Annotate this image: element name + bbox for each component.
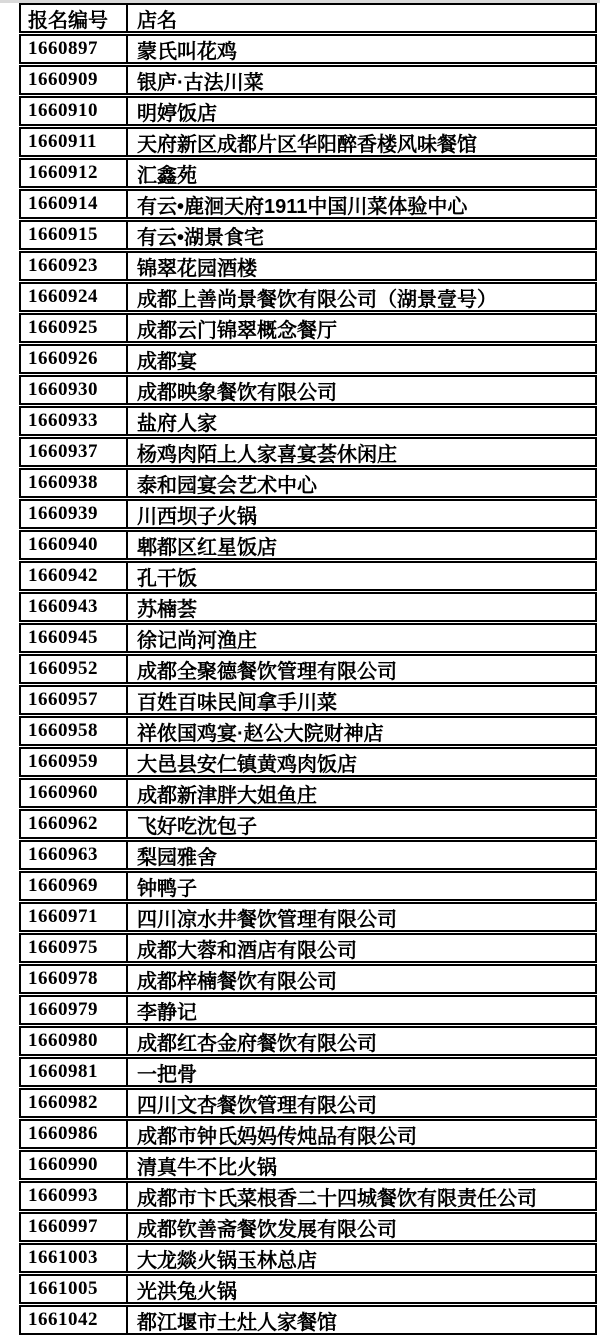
store-name-cell: 成都映象餐饮有限公司 (128, 377, 595, 403)
table-row: 1660959 大邑县安仁镇黄鸡肉饭店 (19, 747, 597, 777)
store-name-cell: 成都梓楠餐饮有限公司 (128, 966, 595, 992)
registration-id-cell: 1660982 (21, 1090, 128, 1116)
store-name-cell: 天府新区成都片区华阳醉香楼风味餐馆 (128, 129, 595, 155)
table-row: 1660986 成都市钟氏妈妈传炖品有限公司 (19, 1119, 597, 1149)
registration-id-cell: 1660911 (21, 129, 128, 155)
table-row: 1660933 盐府人家 (19, 406, 597, 436)
table-header-row: 报名编号 店名 (19, 3, 597, 33)
store-name-cell: 成都红杏金府餐饮有限公司 (128, 1028, 595, 1054)
store-name-cell: 成都全聚德餐饮管理有限公司 (128, 656, 595, 682)
table-row: 1660990 清真牛不比火锅 (19, 1150, 597, 1180)
registration-id-cell: 1660971 (21, 904, 128, 930)
store-name-cell: 成都市卞氏菜根香二十四城餐饮有限责任公司 (128, 1183, 595, 1209)
registration-id-cell: 1661042 (21, 1307, 128, 1333)
table-row: 1660925 成都云门锦翠概念餐厅 (19, 313, 597, 343)
table-row: 1660909 银庐·古法川菜 (19, 65, 597, 95)
registration-id-cell: 1660938 (21, 470, 128, 496)
registration-id-cell: 1660963 (21, 842, 128, 868)
table-row: 1660978 成都梓楠餐饮有限公司 (19, 964, 597, 994)
store-name-cell: 苏楠荟 (128, 594, 595, 620)
store-name-cell: 蒙氏叫花鸡 (128, 36, 595, 62)
table-row: 1661003 大龙燚火锅玉林总店 (19, 1243, 597, 1273)
table-row: 1660971 四川凉水井餐饮管理有限公司 (19, 902, 597, 932)
store-name-cell: 盐府人家 (128, 408, 595, 434)
registration-id-cell: 1660990 (21, 1152, 128, 1178)
table-row: 1660897 蒙氏叫花鸡 (19, 34, 597, 64)
table-row: 1660945 徐记尚河渔庄 (19, 623, 597, 653)
registration-id-cell: 1660986 (21, 1121, 128, 1147)
registration-id-cell: 1660910 (21, 98, 128, 124)
header-registration-id: 报名编号 (21, 5, 128, 31)
table-row: 1660930 成都映象餐饮有限公司 (19, 375, 597, 405)
registration-id-cell: 1660960 (21, 780, 128, 806)
registration-id-cell: 1660959 (21, 749, 128, 775)
registration-id-cell: 1660915 (21, 222, 128, 248)
store-name-cell: 李静记 (128, 997, 595, 1023)
registration-id-cell: 1660962 (21, 811, 128, 837)
table-row: 1660911 天府新区成都片区华阳醉香楼风味餐馆 (19, 127, 597, 157)
store-name-cell: 都江堰市土灶人家餐馆 (128, 1307, 595, 1333)
store-name-cell: 成都宴 (128, 346, 595, 372)
store-name-cell: 银庐·古法川菜 (128, 67, 595, 93)
table-row: 1660937 杨鸡肉陌上人家喜宴荟休闲庄 (19, 437, 597, 467)
registration-id-cell: 1660939 (21, 501, 128, 527)
table-row: 1660960 成都新津胖大姐鱼庄 (19, 778, 597, 808)
table-row: 1660979 李静记 (19, 995, 597, 1025)
registration-id-cell: 1660979 (21, 997, 128, 1023)
table-row: 1660958 祥侬国鸡宴·赵公大院财神店 (19, 716, 597, 746)
table-row: 1660926 成都宴 (19, 344, 597, 374)
store-name-cell: 光洪兔火锅 (128, 1276, 595, 1302)
registration-id-cell: 1660930 (21, 377, 128, 403)
registration-id-cell: 1660923 (21, 253, 128, 279)
registration-id-cell: 1661005 (21, 1276, 128, 1302)
registration-id-cell: 1660909 (21, 67, 128, 93)
registration-id-cell: 1660897 (21, 36, 128, 62)
store-name-cell: 有云•鹿洄天府1911中国川菜体验中心 (128, 191, 595, 217)
store-name-cell: 有云•湖景食宅 (128, 222, 595, 248)
store-name-cell: 成都新津胖大姐鱼庄 (128, 780, 595, 806)
store-name-cell: 梨园雅舍 (128, 842, 595, 868)
table-row: 1660975 成都大蓉和酒店有限公司 (19, 933, 597, 963)
table-row: 1660982 四川文杏餐饮管理有限公司 (19, 1088, 597, 1118)
table-row: 1661042 都江堰市土灶人家餐馆 (19, 1305, 597, 1335)
store-name-cell: 一把骨 (128, 1059, 595, 1085)
registration-id-cell: 1660943 (21, 594, 128, 620)
store-name-cell: 成都钦善斋餐饮发展有限公司 (128, 1214, 595, 1240)
store-name-cell: 百姓百味民间拿手川菜 (128, 687, 595, 713)
registration-id-cell: 1661003 (21, 1245, 128, 1271)
table-row: 1660912 汇鑫苑 (19, 158, 597, 188)
registration-id-cell: 1660912 (21, 160, 128, 186)
registration-id-cell: 1660940 (21, 532, 128, 558)
registration-id-cell: 1660978 (21, 966, 128, 992)
store-name-cell: 泰和园宴会艺术中心 (128, 470, 595, 496)
registration-id-cell: 1660952 (21, 656, 128, 682)
store-name-cell: 川西坝子火锅 (128, 501, 595, 527)
table-row: 1660981 一把骨 (19, 1057, 597, 1087)
store-name-cell: 祥侬国鸡宴·赵公大院财神店 (128, 718, 595, 744)
store-name-cell: 大龙燚火锅玉林总店 (128, 1245, 595, 1271)
registration-id-cell: 1660925 (21, 315, 128, 341)
store-name-cell: 郫都区红星饭店 (128, 532, 595, 558)
registration-table: 报名编号 店名 1660897 蒙氏叫花鸡 1660909 银庐·古法川菜 16… (19, 3, 597, 1336)
registration-id-cell: 1660980 (21, 1028, 128, 1054)
store-name-cell: 成都大蓉和酒店有限公司 (128, 935, 595, 961)
store-name-cell: 汇鑫苑 (128, 160, 595, 186)
table-row: 1660939 川西坝子火锅 (19, 499, 597, 529)
table-body: 1660897 蒙氏叫花鸡 1660909 银庐·古法川菜 1660910 明婷… (19, 34, 597, 1335)
table-row: 1660952 成都全聚德餐饮管理有限公司 (19, 654, 597, 684)
header-store-name: 店名 (128, 5, 595, 31)
table-row: 1660910 明婷饭店 (19, 96, 597, 126)
registration-id-cell: 1660937 (21, 439, 128, 465)
page: 报名编号 店名 1660897 蒙氏叫花鸡 1660909 银庐·古法川菜 16… (0, 0, 600, 1342)
registration-id-cell: 1660926 (21, 346, 128, 372)
table-row: 1660938 泰和园宴会艺术中心 (19, 468, 597, 498)
store-name-cell: 杨鸡肉陌上人家喜宴荟休闲庄 (128, 439, 595, 465)
registration-id-cell: 1660957 (21, 687, 128, 713)
registration-id-cell: 1660945 (21, 625, 128, 651)
store-name-cell: 四川文杏餐饮管理有限公司 (128, 1090, 595, 1116)
registration-id-cell: 1660942 (21, 563, 128, 589)
store-name-cell: 大邑县安仁镇黄鸡肉饭店 (128, 749, 595, 775)
registration-id-cell: 1660993 (21, 1183, 128, 1209)
store-name-cell: 飞好吃沈包子 (128, 811, 595, 837)
table-row: 1660962 飞好吃沈包子 (19, 809, 597, 839)
store-name-cell: 清真牛不比火锅 (128, 1152, 595, 1178)
store-name-cell: 孔干饭 (128, 563, 595, 589)
table-row: 1660915 有云•湖景食宅 (19, 220, 597, 250)
table-row: 1660914 有云•鹿洄天府1911中国川菜体验中心 (19, 189, 597, 219)
store-name-cell: 成都上善尚景餐饮有限公司（湖景壹号） (128, 284, 595, 310)
table-row: 1660924 成都上善尚景餐饮有限公司（湖景壹号） (19, 282, 597, 312)
registration-id-cell: 1660969 (21, 873, 128, 899)
store-name-cell: 钟鸭子 (128, 873, 595, 899)
table-row: 1660943 苏楠荟 (19, 592, 597, 622)
table-row: 1661005 光洪兔火锅 (19, 1274, 597, 1304)
table-row: 1660997 成都钦善斋餐饮发展有限公司 (19, 1212, 597, 1242)
store-name-cell: 徐记尚河渔庄 (128, 625, 595, 651)
table-row: 1660980 成都红杏金府餐饮有限公司 (19, 1026, 597, 1056)
store-name-cell: 四川凉水井餐饮管理有限公司 (128, 904, 595, 930)
table-row: 1660940 郫都区红星饭店 (19, 530, 597, 560)
registration-id-cell: 1660958 (21, 718, 128, 744)
table-row: 1660957 百姓百味民间拿手川菜 (19, 685, 597, 715)
table-row: 1660963 梨园雅舍 (19, 840, 597, 870)
store-name-cell: 明婷饭店 (128, 98, 595, 124)
table-row: 1660993 成都市卞氏菜根香二十四城餐饮有限责任公司 (19, 1181, 597, 1211)
registration-id-cell: 1660981 (21, 1059, 128, 1085)
store-name-cell: 锦翠花园酒楼 (128, 253, 595, 279)
store-name-cell: 成都云门锦翠概念餐厅 (128, 315, 595, 341)
registration-id-cell: 1660975 (21, 935, 128, 961)
table-row: 1660969 钟鸭子 (19, 871, 597, 901)
store-name-cell: 成都市钟氏妈妈传炖品有限公司 (128, 1121, 595, 1147)
registration-id-cell: 1660933 (21, 408, 128, 434)
registration-id-cell: 1660924 (21, 284, 128, 310)
table-row: 1660923 锦翠花园酒楼 (19, 251, 597, 281)
registration-id-cell: 1660914 (21, 191, 128, 217)
table-row: 1660942 孔干饭 (19, 561, 597, 591)
registration-id-cell: 1660997 (21, 1214, 128, 1240)
